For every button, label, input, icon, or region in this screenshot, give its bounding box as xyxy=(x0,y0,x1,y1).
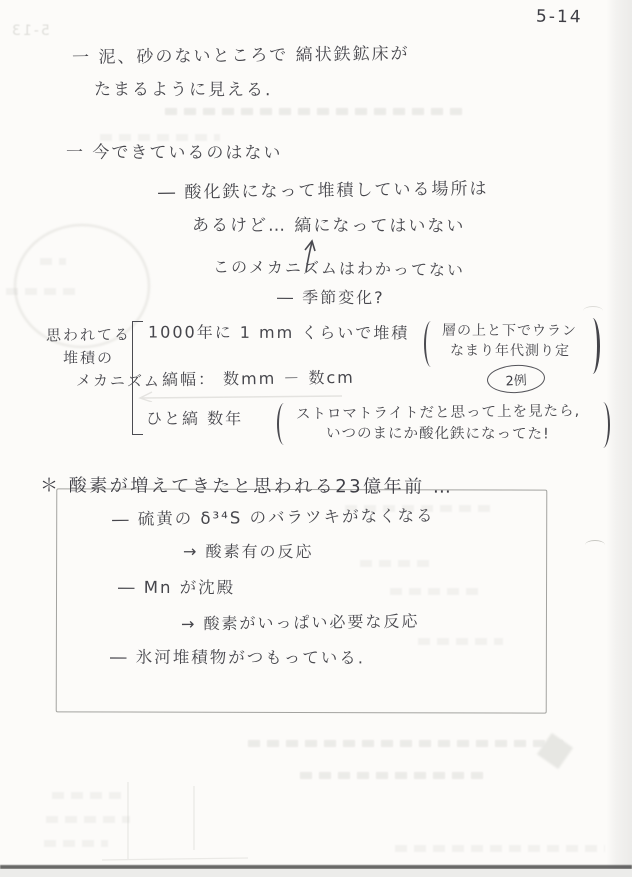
bleedthrough-marks xyxy=(345,505,495,512)
bleedthrough-diagram xyxy=(98,780,258,866)
note-line: 一 泥、砂のないところで 縞状鉄鉱床が xyxy=(72,45,410,68)
left-arrow-icon xyxy=(136,390,346,402)
bleedthrough-shape xyxy=(537,733,573,769)
side-note-line: いつのまにか酸化鉄になってた! xyxy=(326,427,550,444)
note-line: 縞幅： 数mm － 数cm xyxy=(162,369,355,389)
note-line: → 酸素有の反応 xyxy=(183,543,314,561)
bleedthrough-marks xyxy=(165,108,465,115)
left-bracket xyxy=(132,321,143,435)
page-number: 5-14 xyxy=(536,8,583,27)
note-line: ― 季節変化? xyxy=(277,289,385,307)
mechanism-label: 思われてる xyxy=(46,326,131,344)
bleedthrough-marks xyxy=(390,588,485,595)
open-paren xyxy=(424,321,438,367)
scan-edge xyxy=(606,0,632,877)
bleedthrough-marks xyxy=(395,845,605,852)
section-title: ＊ 酸素が増えてきたと思われる23億年前 … xyxy=(40,476,453,497)
bleedthrough-marks xyxy=(300,772,485,779)
mechanism-label: メカニズム xyxy=(76,372,161,390)
side-note-line: ストロマトライトだと思って上を見たら, xyxy=(296,404,580,423)
bleedthrough-marks xyxy=(100,134,220,141)
close-paren xyxy=(585,318,600,374)
note-line: ひと縞 数年 xyxy=(146,410,243,428)
pencil-mark xyxy=(583,306,603,316)
scan-edge xyxy=(0,869,632,877)
side-note-line: なまり年代測り定 xyxy=(450,344,570,360)
bleedthrough-marks xyxy=(6,288,76,295)
note-line: ― 氷河堆積物がつもっている. xyxy=(110,649,365,668)
pencil-mark xyxy=(585,540,605,550)
scanned-note-page: 5-13 5-14 一 泥、砂のないところで 縞状鉄鉱床が たまるように見える.… xyxy=(0,0,632,877)
count-bubble: 2例 xyxy=(486,364,545,395)
note-line: たまるように見える. xyxy=(94,81,272,100)
bleedthrough-marks xyxy=(40,258,66,265)
note-line: → 酸素がいっぱい必要な反応 xyxy=(181,613,420,634)
bleedthrough-marks xyxy=(360,560,430,567)
bleedthrough-marks xyxy=(418,638,503,645)
bleedthrough-marks xyxy=(248,740,563,747)
note-line: ― Mn が沈殿 xyxy=(118,579,235,598)
note-line: あるけど… 縞になってはいない xyxy=(192,217,465,237)
note-line: このメカニズムはわかってない xyxy=(213,258,465,279)
note-line: 一 今できているのはない xyxy=(66,144,282,163)
mechanism-label: 堆積の xyxy=(63,350,114,367)
bleedthrough-prev-page-number: 5-13 xyxy=(10,24,50,39)
open-paren xyxy=(277,403,291,445)
note-line: 1000年に 1 mm くらいで堆積 xyxy=(148,324,409,343)
count-bubble-label: 2例 xyxy=(505,369,527,389)
side-note-line: 層の上と下でウラン xyxy=(442,324,577,340)
note-line: ― 酸化鉄になって堆積している場所は xyxy=(158,180,489,203)
